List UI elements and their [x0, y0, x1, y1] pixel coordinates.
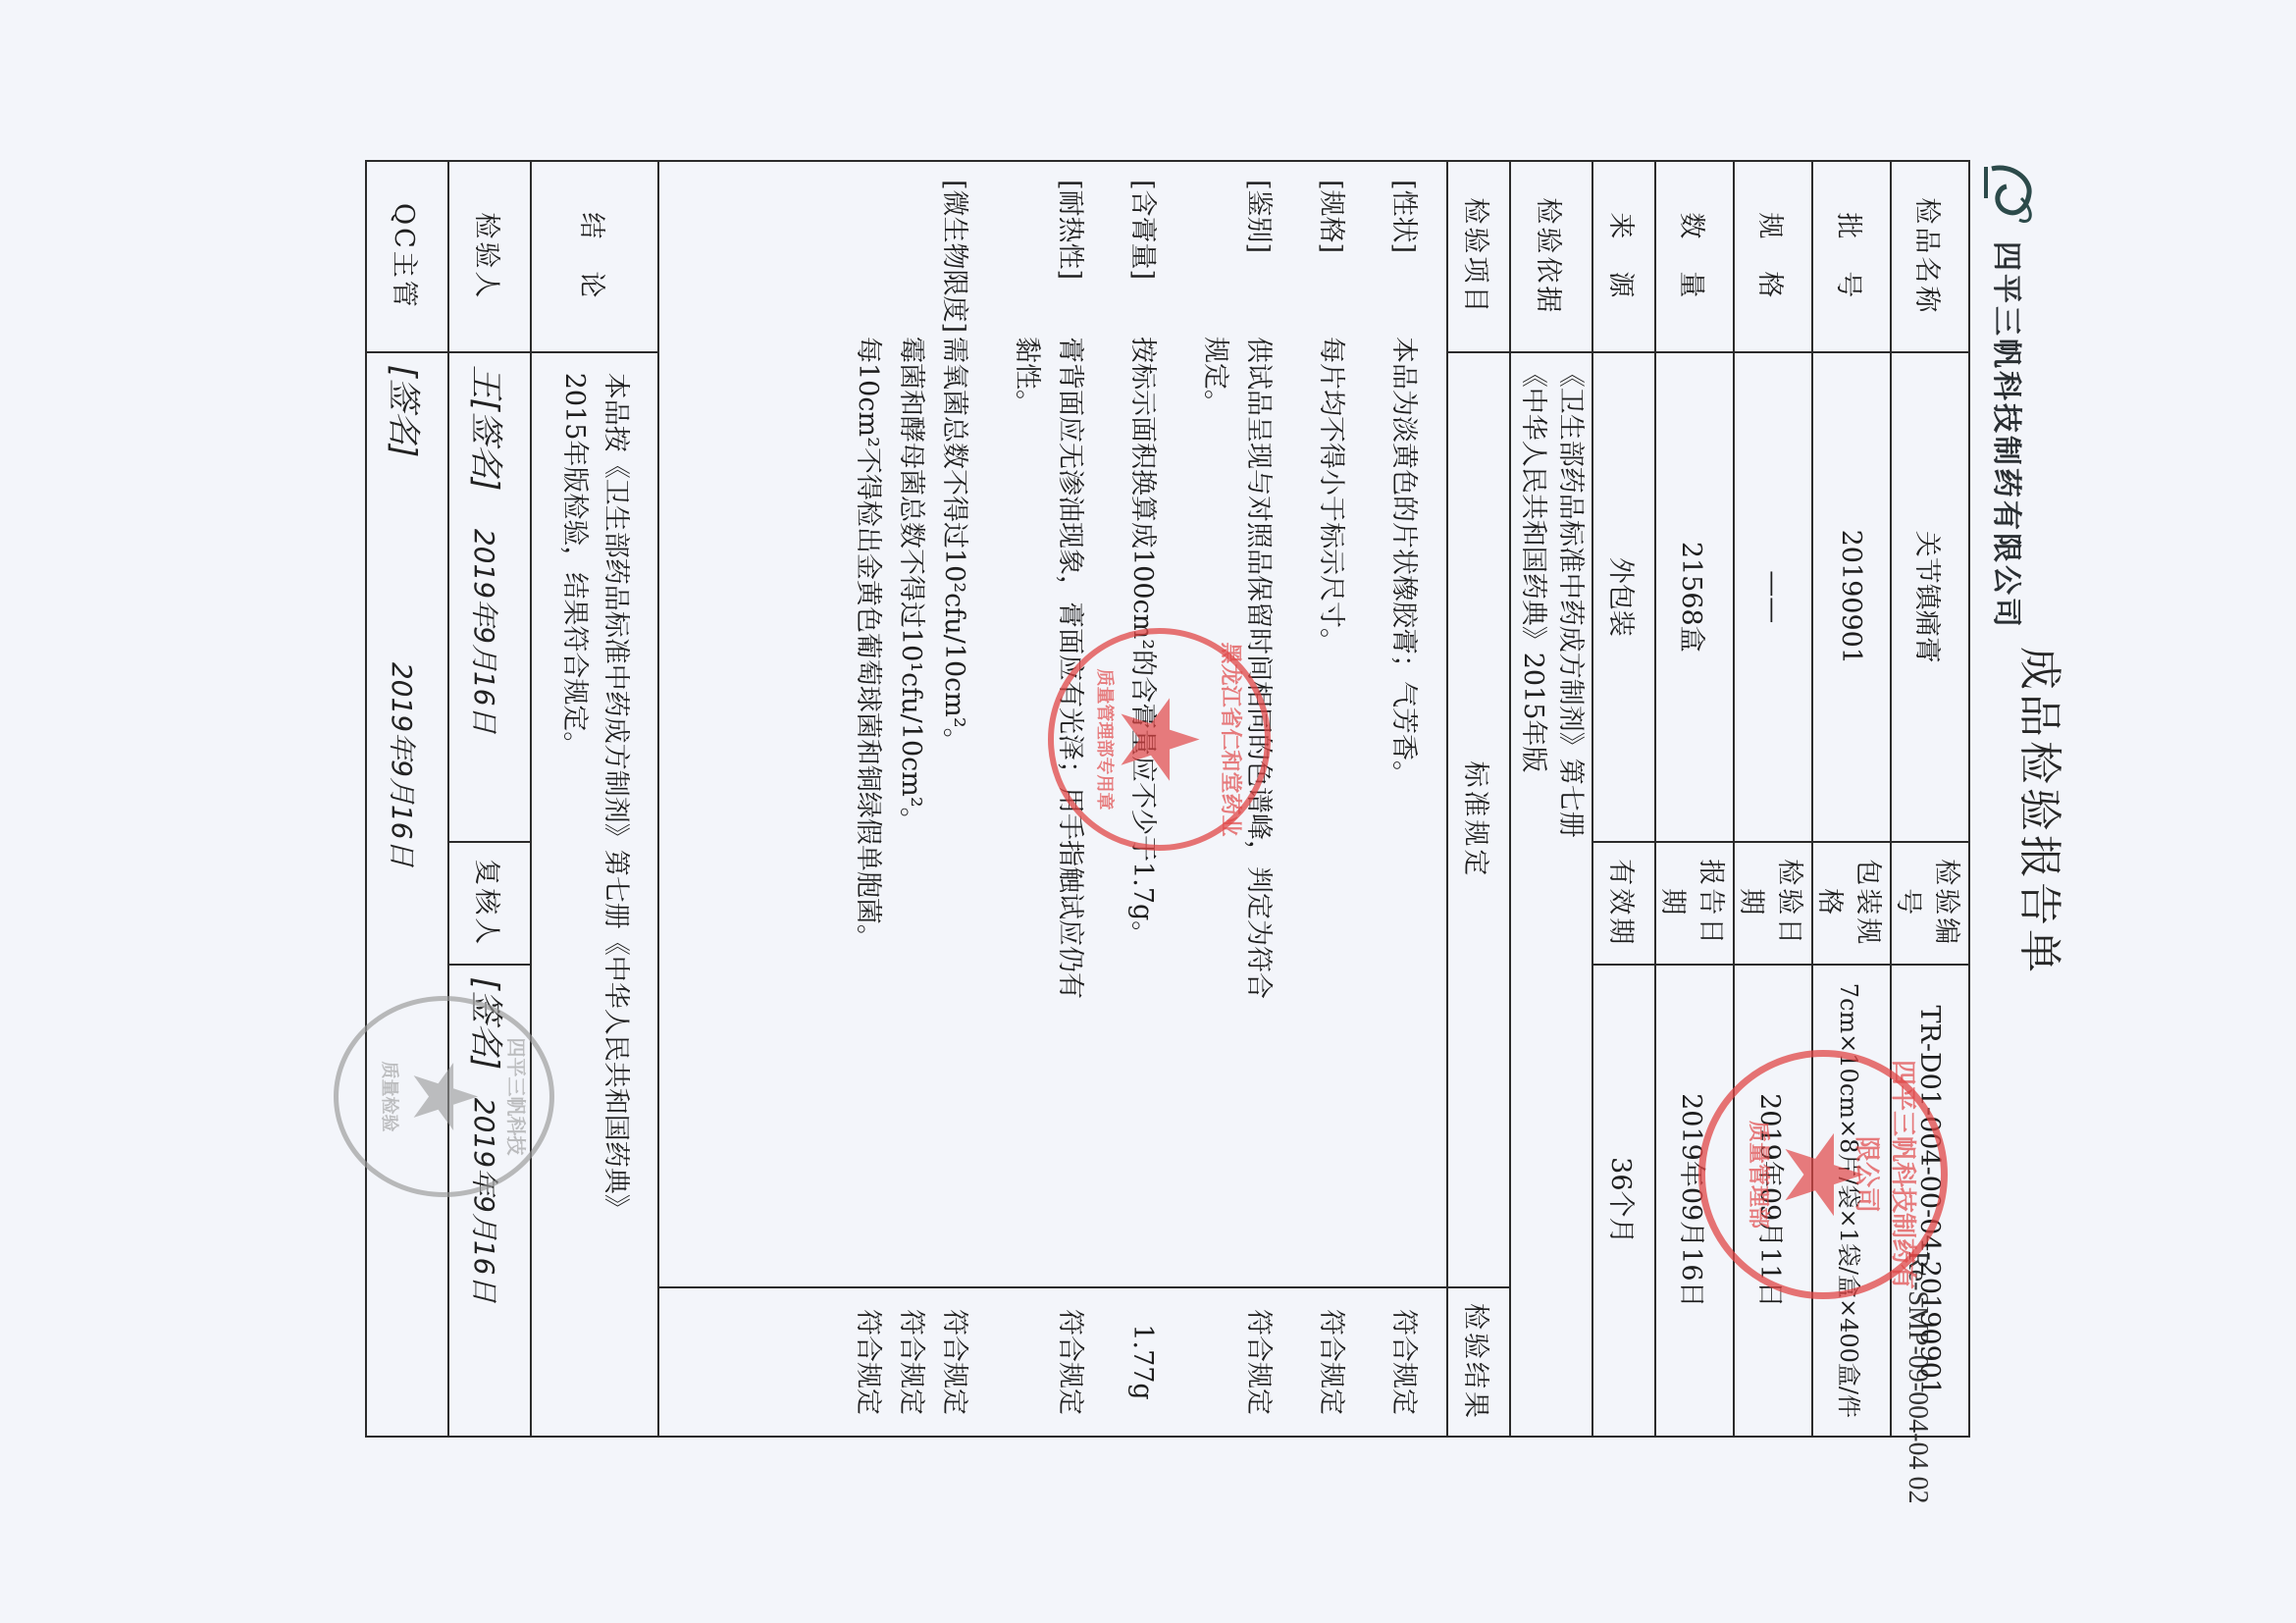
expiry-label: 有效期 — [1592, 842, 1655, 965]
test-item-name: [规格] — [1309, 180, 1352, 337]
reviewer-signature: [签名] — [467, 977, 506, 1071]
qc-manager-label: QC主管 — [366, 161, 448, 352]
row-test-items: [性状]本品为淡黄色的片状橡胶膏；气芳香。[规格]每片均不得小于标示尺寸。[鉴别… — [658, 161, 1447, 1437]
test-item-name — [889, 180, 932, 337]
test-item-result: 符合规定 — [1309, 1300, 1352, 1424]
inspection-date-value: 2019年09月11日 — [1734, 965, 1812, 1437]
inspection-no-label: 检验编号 — [1891, 842, 1969, 965]
test-item-result: 符合规定 — [889, 1300, 932, 1424]
qc-signature-cell: [签名] 2019年9月16日 — [366, 352, 448, 1437]
reviewer-label: 复核人 — [448, 842, 531, 965]
test-item-standard: 需氧菌总数不得过10²cfu/10cm²。 — [932, 337, 975, 1275]
conclusion-line-1: 本品按《卫生部药品标准中药成方制剂》第七册《中华人民共和国药典》 — [595, 373, 636, 1424]
inspector-label: 检验人 — [448, 161, 531, 352]
test-item-row: [含膏量]按标示面积换算成100cm²的含膏量应不少于1.7g。 — [1121, 180, 1164, 1275]
test-item-name: [耐热性] — [1048, 180, 1091, 337]
basis-line-1: 《卫生部药品标准中药成方制剂》第七册 — [1551, 361, 1589, 1424]
row-qc-manager: QC主管 [签名] 2019年9月16日 — [366, 161, 448, 1437]
quantity-label: 数 量 — [1655, 161, 1734, 352]
spec-label: 规 格 — [1734, 161, 1812, 352]
batch-value: 20190901 — [1812, 352, 1891, 842]
inspector-signature: 王[签名] — [467, 365, 506, 492]
batch-label: 批 号 — [1812, 161, 1891, 352]
column-header-standard: 标准规定 — [1447, 352, 1510, 1287]
test-results-list: 符合规定符合规定符合规定 1.77g符合规定 符合规定符合规定符合规定 — [816, 1300, 1425, 1424]
test-items-cell: [性状]本品为淡黄色的片状橡胶膏；气芳香。[规格]每片均不得小于标示尺寸。[鉴别… — [658, 161, 1447, 1287]
test-item-standard: 供试品呈现与对照品保留时间相同的色谱峰，判定为符合 — [1236, 337, 1279, 1275]
test-item-name: [微生物限度] — [932, 180, 975, 337]
test-item-result: 符合规定 — [1382, 1300, 1425, 1424]
row-column-headers: 检验项目 标准规定 检验结果 — [1447, 161, 1510, 1437]
row-product-name: 检品名称 关节镇痛膏 检验编号 TR-D01-004-00-04-2019090… — [1891, 161, 1969, 1437]
test-item-name: [性状] — [1382, 180, 1425, 337]
test-item-row: 霉菌和酵母菌总数不得过10¹cfu/10cm²。 — [889, 180, 932, 1275]
product-name-value: 关节镇痛膏 — [1891, 352, 1969, 842]
source-value: 外包装 — [1592, 352, 1655, 842]
row-spec: 规 格 —— 检验日期 2019年09月11日 — [1734, 161, 1812, 1437]
test-item-result: 符合规定 — [846, 1300, 889, 1424]
test-item-standard: 按标示面积换算成100cm²的含膏量应不少于1.7g。 — [1121, 337, 1164, 1275]
test-item-result — [1005, 1300, 1048, 1424]
source-label: 来 源 — [1592, 161, 1655, 352]
basis-line-2: 《中华人民共和国药典》2015年版 — [1514, 361, 1551, 1424]
test-item-row: 每10cm²不得检出金黄色葡萄球菌和铜绿假单胞菌。 — [846, 180, 889, 1275]
conclusion-label: 结 论 — [531, 161, 658, 352]
test-item-standard: 黏性。 — [1005, 337, 1048, 1275]
test-results-cell: 符合规定符合规定符合规定 1.77g符合规定 符合规定符合规定符合规定 — [658, 1287, 1447, 1437]
test-item-standard: 每片均不得小于标示尺寸。 — [1309, 337, 1352, 1275]
row-inspector: 检验人 王[签名] 2019年9月16日 复核人 [签名] 2019年9月16日 — [448, 161, 531, 1437]
packaging-spec-label: 包装规格 — [1812, 842, 1891, 965]
test-item-name: [鉴别] — [1236, 180, 1279, 337]
company-name: 四平三帆科技制药有限公司 — [1988, 241, 2031, 630]
row-basis: 检验依据 《卫生部药品标准中药成方制剂》第七册 《中华人民共和国药典》2015年… — [1510, 161, 1592, 1437]
conclusion-line-2: 2015年版检验，结果符合规定。 — [553, 373, 595, 1424]
row-batch: 批 号 20190901 包装规格 7cm×10cm×8片/袋×1袋/盒×400… — [1812, 161, 1891, 1437]
test-item-result: 符合规定 — [1236, 1300, 1279, 1424]
test-item-standard: 每10cm²不得检出金黄色葡萄球菌和铜绿假单胞菌。 — [846, 337, 889, 1275]
test-item-name — [1193, 180, 1236, 337]
row-source: 来 源 外包装 有效期 36个月 — [1592, 161, 1655, 1437]
column-header-result: 检验结果 — [1447, 1287, 1510, 1437]
company-header: 四平三帆科技制药有限公司 — [1978, 159, 2041, 630]
inspection-report-document: 成品检验报告单 Re-SMP-09-004-04 02 四平三帆科技制药有限公司… — [0, 0, 2296, 1623]
report-table: 检品名称 关节镇痛膏 检验编号 TR-D01-004-00-04-2019090… — [365, 160, 1970, 1438]
test-item-row: [性状]本品为淡黄色的片状橡胶膏；气芳香。 — [1382, 180, 1425, 1275]
test-item-standard: 规定。 — [1193, 337, 1236, 1275]
test-item-result: 符合规定 — [1048, 1300, 1091, 1424]
report-date-value: 2019年09月16日 — [1655, 965, 1734, 1437]
row-quantity: 数 量 21568盒 报告日期 2019年09月16日 — [1655, 161, 1734, 1437]
test-item-row: [耐热性]膏背面应无渗油现象，膏面应有光泽；用手指触试应仍有 — [1048, 180, 1091, 1275]
conclusion-value: 本品按《卫生部药品标准中药成方制剂》第七册《中华人民共和国药典》 2015年版检… — [531, 352, 658, 1437]
test-item-row: [规格]每片均不得小于标示尺寸。 — [1309, 180, 1352, 1275]
basis-label: 检验依据 — [1510, 161, 1592, 352]
report-date-label: 报告日期 — [1655, 842, 1734, 965]
inspector-signature-cell: 王[签名] 2019年9月16日 — [448, 352, 531, 842]
test-item-standard: 本品为淡黄色的片状橡胶膏；气芳香。 — [1382, 337, 1425, 1275]
test-item-standard: 霉菌和酵母菌总数不得过10¹cfu/10cm²。 — [889, 337, 932, 1275]
expiry-value: 36个月 — [1592, 965, 1655, 1437]
test-item-result — [1193, 1300, 1236, 1424]
spec-value: —— — [1734, 352, 1812, 842]
test-item-name — [1005, 180, 1048, 337]
basis-value: 《卫生部药品标准中药成方制剂》第七册 《中华人民共和国药典》2015年版 — [1510, 352, 1592, 1437]
reviewer-date: 2019年9月16日 — [469, 1098, 501, 1303]
test-item-result: 符合规定 — [932, 1300, 975, 1424]
test-item-name: [含膏量] — [1121, 180, 1164, 337]
quantity-value: 21568盒 — [1655, 352, 1734, 842]
test-item-row: 规定。 — [1193, 180, 1236, 1275]
row-conclusion: 结 论 本品按《卫生部药品标准中药成方制剂》第七册《中华人民共和国药典》 201… — [531, 161, 658, 1437]
test-item-standard: 膏背面应无渗油现象，膏面应有光泽；用手指触试应仍有 — [1048, 337, 1091, 1275]
test-items-list: [性状]本品为淡黄色的片状橡胶膏；气芳香。[规格]每片均不得小于标示尺寸。[鉴别… — [816, 180, 1425, 1275]
inspection-date-label: 检验日期 — [1734, 842, 1812, 965]
test-item-result: 1.77g — [1121, 1300, 1164, 1424]
qc-signature: [签名] — [385, 365, 424, 458]
test-item-row: [微生物限度]需氧菌总数不得过10²cfu/10cm²。 — [932, 180, 975, 1275]
qc-date: 2019年9月16日 — [387, 662, 419, 867]
inspection-no-value: TR-D01-004-00-04-20190901 — [1891, 965, 1969, 1437]
column-header-item: 检验项目 — [1447, 161, 1510, 352]
test-item-row: 黏性。 — [1005, 180, 1048, 1275]
reviewer-signature-cell: [签名] 2019年9月16日 — [448, 965, 531, 1437]
test-item-row: [鉴别]供试品呈现与对照品保留时间相同的色谱峰，判定为符合 — [1236, 180, 1279, 1275]
inspector-date: 2019年9月16日 — [469, 529, 501, 734]
test-item-name — [846, 180, 889, 337]
product-name-label: 检品名称 — [1891, 161, 1969, 352]
packaging-spec-value: 7cm×10cm×8片/袋×1袋/盒×400盒/件 — [1812, 965, 1891, 1437]
company-logo-icon — [1978, 159, 2041, 228]
